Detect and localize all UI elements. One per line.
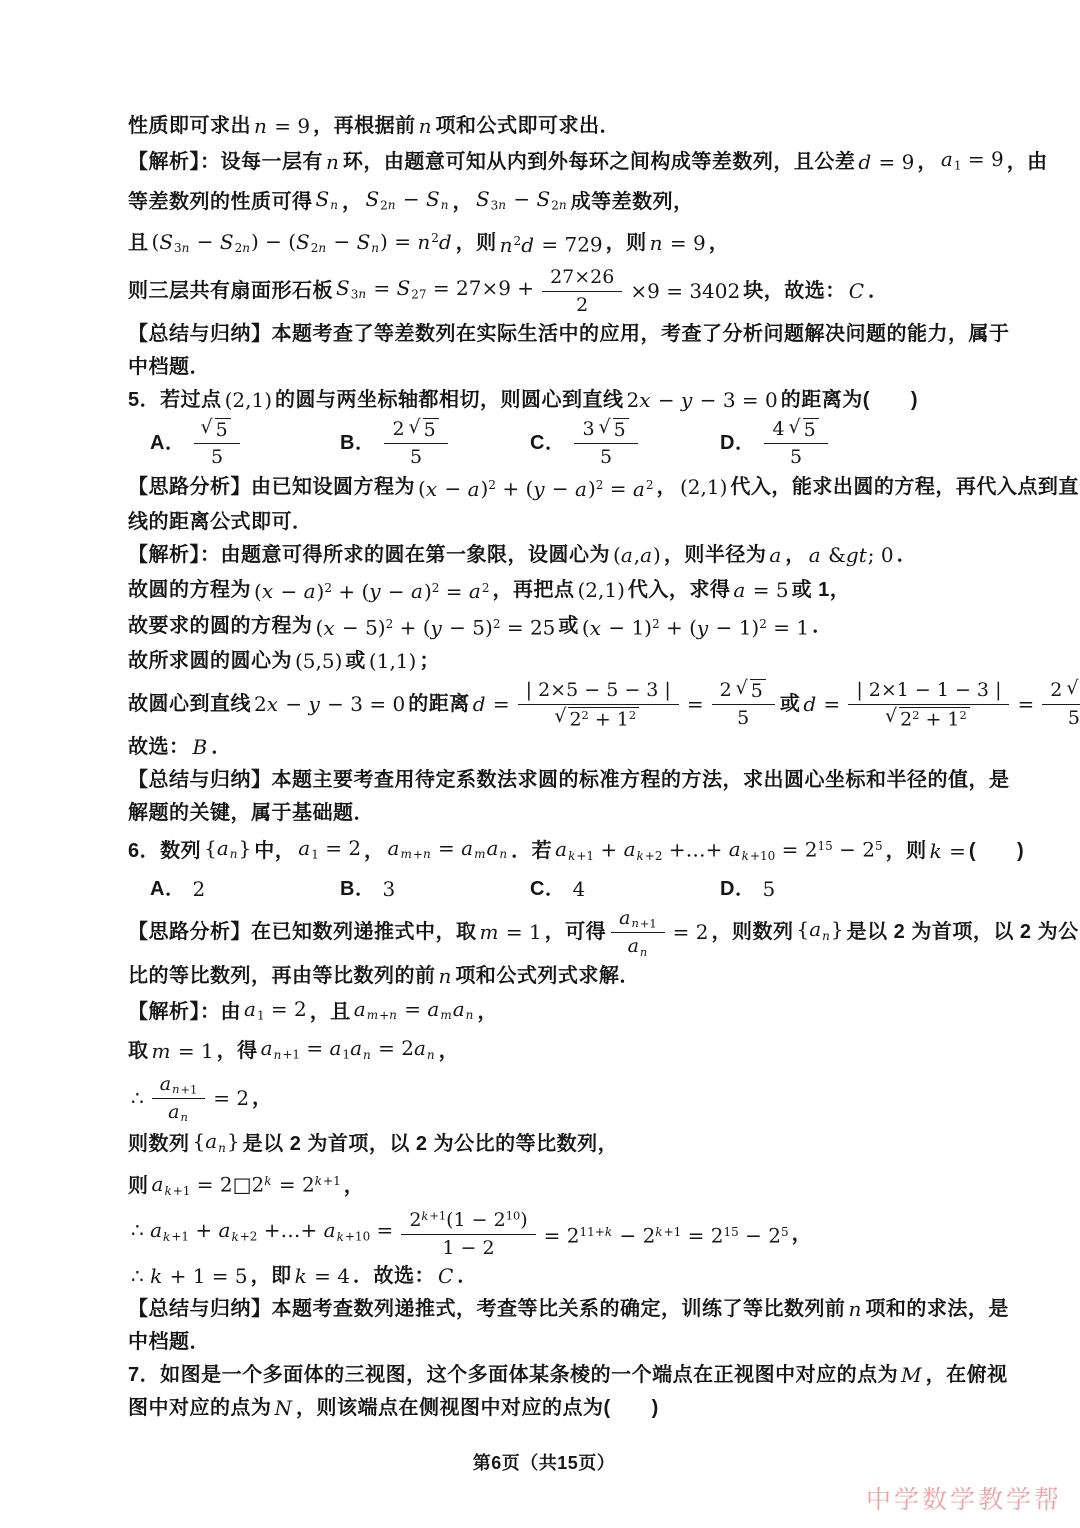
option-B: B．3 <box>340 873 530 906</box>
bold-text: 6 <box>491 1447 502 1480</box>
math-text: (x − 5)2 + (y − 5)2 = 25 <box>316 608 556 645</box>
math-text: | 2×5 − 5 − 3 | <box>526 678 671 703</box>
math-text: an+1 <box>619 906 656 931</box>
math-text: 4 <box>772 417 784 442</box>
q7-stem-1: 7．如图是一个多面体的三视图，这个多面体某条棱的一个端点在正视图中对应的点为M，… <box>128 1359 960 1392</box>
q5-solution-3: 故要求的圆的方程为(x − 5)2 + (y − 5)2 = 25或(x − 1… <box>128 608 960 645</box>
q6-solution-3: ∴an+1an= 2， <box>128 1072 960 1125</box>
math-text: n <box>849 1293 863 1326</box>
cn-text: ， <box>477 996 498 1029</box>
math-text: d = 9 <box>858 146 914 179</box>
cn-text: 第 <box>473 1447 492 1480</box>
cn-text: ， <box>344 1170 365 1203</box>
cn-text: 比的等比数列，再由等比数列的前 <box>128 960 436 993</box>
math-text: 2 <box>720 678 732 703</box>
math-text: 2 <box>1050 678 1062 703</box>
cn-text: 性质即可求出 <box>128 110 251 143</box>
math-text: | 2×1 − 1 − 3 | <box>856 678 1001 703</box>
cn-text: 6．数列 <box>128 835 201 868</box>
cn-text: 中档题． <box>128 1326 210 1359</box>
radical: √5 <box>409 417 442 442</box>
radical-sign: √ <box>409 417 421 439</box>
fraction: an+1an <box>152 1072 205 1125</box>
fraction: 4√55 <box>764 417 827 470</box>
math-text: ∴ ak+1 + ak+2 +…+ ak+10 = <box>131 1214 393 1254</box>
cn-text: 的圆与两坐标轴都相切，则圆心到直线 <box>275 384 624 417</box>
page-footer: 第6页（共15页） <box>128 1447 960 1480</box>
cn-text: ，可得 <box>545 916 607 949</box>
option-label: D． <box>720 427 755 460</box>
cn-text: 图中对应的点为 <box>128 1392 272 1425</box>
document-page: 性质即可求出n = 9，再根据前n项和公式即可求出．【解析】：设每一层有n环，由… <box>0 0 1080 1528</box>
radical: √22 + 12 <box>554 706 642 731</box>
math-text: a <box>769 539 782 572</box>
math-text: am+n = aman <box>354 993 475 1033</box>
cn-text: 的距离 <box>408 688 470 721</box>
math-text: an <box>168 1100 189 1125</box>
cn-text: 【思路分析】在已知数列递推式中，取 <box>128 916 477 949</box>
q5-thought-2: 线的距离公式即可． <box>128 506 960 539</box>
q5-options: A．√55B．2√55C．3√55D．4√55 <box>128 417 960 470</box>
q7-stem-2: 图中对应的点为N，则该端点在侧视图中对应的点为( ) <box>128 1392 960 1425</box>
math-text: 3 <box>582 417 594 442</box>
math-text: C <box>849 275 865 308</box>
math-text: n = 9 <box>650 227 706 260</box>
math-text: ∴ <box>131 1082 144 1115</box>
cn-text: 则三层共有扇面形石板 <box>128 275 333 308</box>
option-label: B． <box>340 873 375 906</box>
cn-text: ， <box>439 1035 460 1068</box>
cn-text: 【解析】：由 <box>128 996 241 1029</box>
cn-text: ，则 <box>886 835 927 868</box>
radical-sign: √ <box>789 417 801 439</box>
math-text: a &gt; 0 <box>809 539 894 572</box>
math-text: (a,a) <box>613 539 661 572</box>
cn-text: 项和公式即可求出． <box>435 110 620 143</box>
math-text: 1 − 2 <box>442 1236 494 1261</box>
math-text: a1 = 9 <box>941 143 1004 183</box>
math-text: {an} <box>193 1125 240 1165</box>
cn-text: 中档题． <box>128 351 210 384</box>
watermark: 中学数学教学帮 <box>866 1480 1062 1516</box>
math-text: B <box>193 731 209 764</box>
option-label: A． <box>150 873 185 906</box>
radical: √5 <box>1066 678 1080 703</box>
math-text: = 2 <box>213 1082 249 1115</box>
cn-text: ，且 <box>310 996 351 1029</box>
math-text: d = <box>473 688 510 721</box>
q6-summary-2: 中档题． <box>128 1326 960 1359</box>
math-text: an+1 <box>160 1072 197 1097</box>
cn-text: ， <box>452 186 473 219</box>
math-text: 5 <box>762 873 775 906</box>
cn-text: 【思路分析】由已知设圆方程为 <box>128 471 415 504</box>
cn-text: 取 <box>128 1035 149 1068</box>
q4-solution-1: 【解析】：设每一层有n环，由题意可知从内到外每环之间构成等差数列，且公差d = … <box>128 143 960 183</box>
math-text: ak+1 = 2□2k = 2k+1 <box>152 1165 341 1208</box>
cn-text: ， <box>792 1218 813 1251</box>
math-text: n <box>419 110 433 143</box>
cn-text: ， <box>917 146 938 179</box>
math-text: (S3n − S2n) − (S2n − Sn) = n2d <box>152 222 453 265</box>
cn-text: 或 <box>558 610 579 643</box>
cn-text: 是以 2 为首项，以 2 为公比的等比数列， <box>243 1128 618 1161</box>
cn-text: ，再把点 <box>493 574 575 607</box>
document-content: 性质即可求出n = 9，再根据前n项和公式即可求出．【解析】：设每一层有n环，由… <box>128 110 960 1480</box>
option-label: A． <box>150 427 185 460</box>
math-text: {an} <box>204 832 251 872</box>
cn-text: 则数列 <box>128 1128 190 1161</box>
cn-text: 【解析】：由题意可得所求的圆在第一象限，设圆心为 <box>128 539 610 572</box>
option-label: D． <box>720 873 755 906</box>
cn-text: 则 <box>128 1170 149 1203</box>
cn-text: 【总结与归纳】本题考查数列递推式，考查等比关系的确定，训练了等比数列前 <box>128 1293 846 1326</box>
cn-text: ，即 <box>251 1260 292 1293</box>
math-text: (5,5) <box>295 645 342 678</box>
radicand: 5 <box>423 418 439 442</box>
math-text: a1 = 2 <box>244 993 307 1033</box>
math-text: 2 <box>576 293 588 318</box>
math-text: (2,1) <box>225 384 272 417</box>
cn-text: ．故选： <box>353 1260 435 1293</box>
math-text: m = 1 <box>480 916 542 949</box>
radical: √5 <box>736 678 769 703</box>
cn-text: 故圆心到直线 <box>128 688 251 721</box>
option-label: C． <box>530 873 565 906</box>
option-A: A．√55 <box>150 417 340 470</box>
math-text: 5 <box>790 445 802 470</box>
cn-text: 【总结与归纳】本题主要考查用待定系数法求圆的标准方程的方法，求出圆心坐标和半径的… <box>128 764 1010 797</box>
math-text: S3n = S27 = 27×9 + <box>336 272 534 312</box>
cn-text: ． <box>211 731 232 764</box>
radical-sign: √ <box>599 417 611 439</box>
q4-summary-2: 中档题． <box>128 351 960 384</box>
cn-text: 项和公式列式求解． <box>455 960 640 993</box>
cn-text: ． <box>868 275 889 308</box>
radical: √5 <box>789 417 822 442</box>
q6-answer: ∴ k + 1 = 5，即k = 4．故选：C． <box>128 1260 960 1293</box>
radicand: 5 <box>613 418 629 442</box>
cn-text: 环，由题意可知从内到外每环之间构成等差数列，且公差 <box>343 146 856 179</box>
cn-text: ，得 <box>217 1035 258 1068</box>
fraction: 2k+1(1 − 210)1 − 2 <box>401 1208 535 1260</box>
radicand: 5 <box>750 679 766 703</box>
radical-sign: √ <box>736 678 748 700</box>
q4-solution-2: 等差数列的性质可得Sn，S2n − Sn，S3n − S2n成等差数列， <box>128 183 960 223</box>
radical-sign: √ <box>200 417 212 439</box>
cn-text: 块，故选： <box>743 275 846 308</box>
math-text: ×9 = 3402 <box>630 275 740 308</box>
q4-solution-4: 则三层共有扇面形石板S3n = S27 = 27×9 +27×262×9 = 3… <box>128 265 960 317</box>
q5-stem: 5．若过点(2,1)的圆与两坐标轴都相切，则圆心到直线2x − y − 3 = … <box>128 384 960 417</box>
cn-text: ( ) <box>969 835 1024 868</box>
math-text: 2 <box>392 417 404 442</box>
math-text: n <box>326 146 340 179</box>
math-text: M <box>901 1359 922 1392</box>
cn-text: ，再根据前 <box>313 110 416 143</box>
cn-text: 代入，能求出圆的方程，再代入点到直 <box>730 471 1079 504</box>
math-text: n <box>439 960 453 993</box>
math-text: {an} <box>796 913 843 953</box>
q5-answer: 故选：B． <box>128 731 960 764</box>
math-text: a1 = 2 <box>298 832 361 872</box>
q6-thought-2: 比的等比数列，再由等比数列的前n项和公式列式求解． <box>128 960 960 993</box>
cn-text: 【解析】：设每一层有 <box>128 146 323 179</box>
math-text: S2n − Sn <box>365 183 449 223</box>
cn-text: ，则 <box>456 227 497 260</box>
q6-solution-4: 则数列{an}是以 2 为首项，以 2 为公比的等比数列， <box>128 1125 960 1165</box>
math-text: Sn <box>316 183 339 223</box>
math-text: 2k+1(1 − 210) <box>409 1208 527 1233</box>
q6-thought-1: 【思路分析】在已知数列递推式中，取m = 1，可得an+1an= 2，则数列{a… <box>128 906 960 959</box>
option-label: C． <box>530 427 565 460</box>
option-label: B． <box>340 427 375 460</box>
option-C: C．4 <box>530 873 720 906</box>
cn-text: ，在俯视 <box>926 1359 1008 1392</box>
cn-text: 页） <box>578 1447 615 1480</box>
cn-text: ，由 <box>1007 146 1048 179</box>
math-text: d = <box>803 688 840 721</box>
radical-sign: √ <box>1066 678 1078 700</box>
q6-solution-5: 则ak+1 = 2□2k = 2k+1， <box>128 1165 960 1208</box>
math-text: 5 <box>211 445 223 470</box>
cn-text: 或 <box>345 645 366 678</box>
cn-text: ； <box>419 645 440 678</box>
cn-text: ． <box>457 1260 478 1293</box>
cn-text: ， <box>364 835 385 868</box>
cn-text: ，则数列 <box>711 916 793 949</box>
math-text: = <box>1017 688 1034 721</box>
math-text: a = 5 <box>733 574 788 607</box>
cn-text: ， <box>342 186 363 219</box>
q4-thought-wrap: 性质即可求出n = 9，再根据前n项和公式即可求出． <box>128 110 960 143</box>
cn-text: ， <box>252 1082 273 1115</box>
q5-solution-5: 故圆心到直线2x − y − 3 = 0的距离d =| 2×5 − 5 − 3 … <box>128 678 960 731</box>
cn-text: 成等差数列， <box>571 186 694 219</box>
math-text: am+n = aman <box>388 832 509 872</box>
radical: √22 + 12 <box>885 706 973 731</box>
math-text: an <box>628 934 649 959</box>
cn-text: 【总结与归纳】本题考查了等差数列在实际生活中的应用，考查了分析问题解决问题的能力… <box>128 318 1010 351</box>
math-text: 4 <box>572 873 585 906</box>
q5-summary-1: 【总结与归纳】本题主要考查用待定系数法求圆的标准方程的方法，求出圆心坐标和半径的… <box>128 764 960 797</box>
cn-text: ， <box>785 539 806 572</box>
cn-text: 解题的关键，属于基础题． <box>128 797 374 830</box>
math-text: C <box>438 1260 454 1293</box>
cn-text: ，则半径为 <box>664 539 767 572</box>
q4-solution-3: 且(S3n − S2n) − (S2n − Sn) = n2d，则n2d = 7… <box>128 222 960 265</box>
math-text: (2,1) <box>680 471 727 504</box>
cn-text: 或 1， <box>792 574 851 607</box>
math-text: = <box>687 688 704 721</box>
math-text: S3n − S2n <box>476 183 568 223</box>
cn-text: 中， <box>254 835 295 868</box>
fraction: 2√55 <box>1042 678 1080 731</box>
math-text: 27×26 <box>550 265 614 290</box>
radical-sign: √ <box>885 706 897 728</box>
option-D: D．5 <box>720 873 910 906</box>
math-text: m = 1 <box>152 1035 214 1068</box>
fraction: √55 <box>194 417 239 470</box>
fraction: 27×262 <box>542 265 622 317</box>
q6-solution-1: 【解析】：由a1 = 2，且am+n = aman， <box>128 993 960 1033</box>
radical: √5 <box>599 417 632 442</box>
cn-text: ， <box>709 227 730 260</box>
cn-text: 项和的求法，是 <box>865 1293 1009 1326</box>
q6-summary-1: 【总结与归纳】本题考查数列递推式，考查等比关系的确定，训练了等比数列前n项和的求… <box>128 1293 960 1326</box>
cn-text: 故圆的方程为 <box>128 574 251 607</box>
cn-text: ． <box>897 539 918 572</box>
math-text: ∴ k + 1 = 5 <box>131 1260 248 1293</box>
q6-solution-2: 取m = 1，得an+1 = a1an = 2an， <box>128 1032 960 1072</box>
q6-options: A．2B．3C．4D．5 <box>128 873 960 906</box>
radicand: 5 <box>215 418 231 442</box>
cn-text: 代入，求得 <box>628 574 731 607</box>
cn-text: 的距离为( ) <box>781 384 918 417</box>
cn-text: 故选： <box>128 731 190 764</box>
math-text: 3 <box>382 873 395 906</box>
q4-summary-1: 【总结与归纳】本题考查了等差数列在实际生活中的应用，考查了分析问题解决问题的能力… <box>128 318 960 351</box>
cn-text: ．若 <box>511 835 552 868</box>
math-text: 5 <box>410 445 422 470</box>
q5-solution-2: 故圆的方程为(x − a)2 + (y − a)2 = a2，再把点(2,1)代… <box>128 572 960 609</box>
fraction: an+1an <box>611 906 664 959</box>
math-text: 2 <box>192 873 205 906</box>
fraction: 2√55 <box>384 417 447 470</box>
q6-stem: 6．数列{an}中，a1 = 2，am+n = aman．若ak+1 + ak+… <box>128 830 960 873</box>
q6-solution-6: ∴ ak+1 + ak+2 +…+ ak+10 =2k+1(1 − 210)1 … <box>128 1208 960 1260</box>
q5-thought-1: 【思路分析】由已知设圆方程为(x − a)2 + (y − a)2 = a2，(… <box>128 469 960 506</box>
radicand: 5 <box>803 418 819 442</box>
math-text: 5 <box>600 445 612 470</box>
cn-text: ． <box>812 610 833 643</box>
math-text: n = 9 <box>254 110 310 143</box>
option-D: D．4√55 <box>720 417 910 470</box>
math-text: 5 <box>737 706 749 731</box>
cn-text: 7．如图是一个多面体的三视图，这个多面体某条棱的一个端点在正视图中对应的点为 <box>128 1359 898 1392</box>
cn-text: 且 <box>128 227 149 260</box>
cn-text: ， <box>657 471 678 504</box>
radicand: 22 + 12 <box>899 707 970 731</box>
radical: √5 <box>200 417 233 442</box>
math-text: k = 4 <box>295 1260 350 1293</box>
math-text: (2,1) <box>578 574 625 607</box>
q5-summary-2: 解题的关键，属于基础题． <box>128 797 960 830</box>
radical-sign: √ <box>554 706 566 728</box>
q5-solution-4: 故所求圆的圆心为(5,5)或(1,1)； <box>128 645 960 678</box>
option-B: B．2√55 <box>340 417 530 470</box>
math-text: (x − a)2 + (y − a)2 = a2 <box>254 572 490 609</box>
cn-text: 等差数列的性质可得 <box>128 186 313 219</box>
cn-text: 故要求的圆的方程为 <box>128 610 313 643</box>
math-text: 2x − y − 3 = 0 <box>254 688 405 721</box>
cn-text: ，则该端点在侧视图中对应的点为( ) <box>296 1392 659 1425</box>
math-text: (1,1) <box>369 645 416 678</box>
option-C: C．3√55 <box>530 417 720 470</box>
cn-text: 5．若过点 <box>128 384 222 417</box>
math-text: n2d = 729 <box>500 225 603 262</box>
math-text: N <box>275 1392 294 1425</box>
bold-text: 15 <box>557 1447 578 1480</box>
cn-text: 是以 2 为首项，以 2 为公 <box>847 916 1079 949</box>
fraction: | 2×1 − 1 − 3 |√22 + 12 <box>848 678 1009 731</box>
cn-text: 页（共 <box>502 1447 558 1480</box>
cn-text: 或 <box>780 688 801 721</box>
fraction: 3√55 <box>574 417 637 470</box>
option-A: A．2 <box>150 873 340 906</box>
math-text: (x − 1)2 + (y − 1)2 = 1 <box>582 608 809 645</box>
math-text: = 2 <box>673 916 709 949</box>
math-text: ak+1 + ak+2 +…+ ak+10 = 215 − 25 <box>555 830 882 873</box>
cn-text: 故所求圆的圆心为 <box>128 645 292 678</box>
cn-text: 线的距离公式即可． <box>128 506 313 539</box>
math-text: an+1 = a1an = 2an <box>261 1032 436 1072</box>
math-text: = 211+k − 2k+1 = 215 − 25 <box>544 1216 789 1253</box>
cn-text: ，则 <box>606 227 647 260</box>
math-text: 5 <box>1068 706 1080 731</box>
q5-solution-1: 【解析】：由题意可得所求的圆在第一象限，设圆心为(a,a)，则半径为a，a &g… <box>128 539 960 572</box>
fraction: 2√55 <box>712 678 775 731</box>
math-text: (x − a)2 + (y − a)2 = a2 <box>418 469 654 506</box>
math-text: k = <box>930 835 966 868</box>
math-text: 2x − y − 3 = 0 <box>627 384 778 417</box>
radicand: 22 + 12 <box>568 707 639 731</box>
fraction: | 2×5 − 5 − 3 |√22 + 12 <box>518 678 679 731</box>
